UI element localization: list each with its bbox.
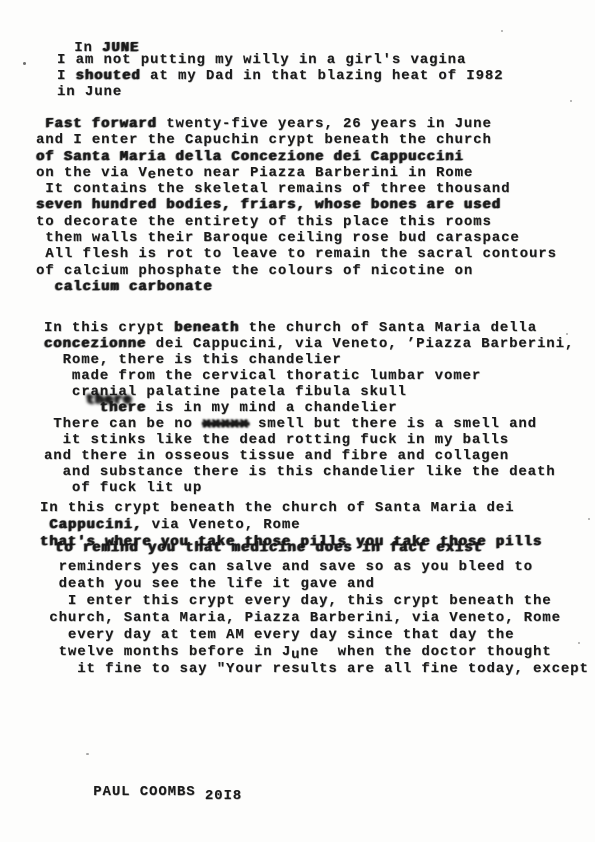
poem-line: I shouted at my Dad in that blazing heat… xyxy=(57,68,504,84)
text-run: In this crypt xyxy=(44,320,174,336)
text-run: dei Cappucini, via Veneto, ’Piazza Barbe… xyxy=(146,336,574,352)
overstruck-word: there xyxy=(100,400,147,416)
poem-line: Rome, there is this chandelier xyxy=(44,352,574,368)
poem-line: in June xyxy=(57,84,504,100)
poem-line: There can be no xxxxx smell but there is… xyxy=(44,416,574,432)
poem-line: calcium carbonate xyxy=(36,279,557,295)
paper-speck xyxy=(501,30,503,32)
paper-speck xyxy=(566,333,568,335)
paper-speck xyxy=(588,518,590,520)
stanza-2: Fast forward twenty-five years, 26 years… xyxy=(36,116,557,295)
text-run xyxy=(40,517,49,533)
paper-speck xyxy=(570,100,572,102)
text-run: I enter this crypt every day, this crypt… xyxy=(40,593,552,609)
poem-line: it stinks like the dead rotting fuck in … xyxy=(44,432,574,448)
poem-line: on the via Veneto near Piazza Barberini … xyxy=(36,165,557,181)
text-run: It contains the skeletal remains of thre… xyxy=(36,181,510,197)
poem-line: made from the cervical thoratic lumbar v… xyxy=(44,368,574,384)
poem-line: I enter this crypt every day, this crypt… xyxy=(40,593,589,610)
paper-speck xyxy=(23,62,26,65)
text-run: of fuck lit up xyxy=(44,480,202,496)
text-run: All flesh is rot to leave to remain the … xyxy=(36,246,557,262)
text-run: In this crypt beneath the church of Sant… xyxy=(40,500,514,516)
text-run: reminders yes can salve and save so as y… xyxy=(40,559,533,575)
stanza-1: I am not putting my willy in a girl's va… xyxy=(57,52,504,100)
poem-line: reminders yes can salve and save so as y… xyxy=(40,559,589,576)
poem-line: of Santa Maria della Concezione dei Capp… xyxy=(36,149,557,165)
text-run: death you see the life it gave and xyxy=(40,576,375,592)
overstruck-word: Cappucini, xyxy=(49,517,142,533)
text-run: smell but there is a smell and xyxy=(249,416,537,432)
overstruck-word: concezionne xyxy=(44,336,146,352)
paper-speck xyxy=(86,753,89,755)
poem-line: concezionne dei Cappucini, via Veneto, ’… xyxy=(44,336,574,352)
poem-line: twelve months before in June when the do… xyxy=(40,644,589,661)
poem-line: seven hundred bodies, friars, whose bone… xyxy=(36,197,557,213)
text-run: I am not putting my willy in a girl's va… xyxy=(57,52,466,68)
text-run: twelve months before in J xyxy=(40,644,291,660)
text-run: ne when the doctor thought xyxy=(300,644,551,660)
text-run: twenty-five years, 26 years in June xyxy=(157,116,492,132)
struck-out-word: xxxxx xyxy=(202,416,249,432)
text-run: I xyxy=(57,68,76,84)
text-run: of calcium phosphate the colours of nico… xyxy=(36,263,473,279)
text-run: via Veneto, Rome xyxy=(142,517,300,533)
text-run: Rome, there is this chandelier xyxy=(44,352,342,368)
text-run: calcium carbonate xyxy=(36,279,213,295)
overtyped-line: to remind you that medicine does in fact… xyxy=(55,540,483,557)
overstruck-word: beneath xyxy=(174,320,239,336)
text-run: in June xyxy=(57,84,122,100)
poem-line: of calcium phosphate the colours of nico… xyxy=(36,263,557,279)
text-run: There can be no xyxy=(44,416,202,432)
paper-speck xyxy=(578,642,580,644)
overstruck-word: shouted xyxy=(76,68,141,84)
text-run: neto near Piazza Barberini in Rome xyxy=(157,165,473,181)
text-run: and there in osseous tissue and fibre an… xyxy=(44,448,509,464)
poem-line: Fast forward twenty-five years, 26 years… xyxy=(36,116,557,132)
poem-line: All flesh is rot to leave to remain the … xyxy=(36,246,557,262)
text-run: is in my mind a chandelier xyxy=(146,400,397,416)
text-run: on the via V xyxy=(36,165,148,181)
poem-line: every day at tem AM every day since that… xyxy=(40,627,589,644)
poem-line: In this crypt beneath the church of Sant… xyxy=(40,500,589,517)
author-year: 20I8 xyxy=(205,788,242,804)
stanza-3: In this crypt beneath the church of Sant… xyxy=(44,320,574,496)
text-run: it fine to say "Your results are all fin… xyxy=(40,661,589,677)
text-run: them walls their Baroque ceiling rose bu… xyxy=(36,230,520,246)
text-run: church, Santa Maria, Piazza Barberini, v… xyxy=(40,610,561,626)
poem-line: and I enter the Capuchin crypt beneath t… xyxy=(36,132,557,148)
text-run: to decorate the entirety of this place t… xyxy=(36,214,492,230)
stanza-4: In this crypt beneath the church of Sant… xyxy=(40,500,589,678)
text-run: seven hundred bodies, friars, whose bone… xyxy=(36,197,501,213)
poem-line: church, Santa Maria, Piazza Barberini, v… xyxy=(40,610,589,627)
author-credit: PAUL COOMBS 20I8 xyxy=(56,768,242,816)
poem-line: it fine to say "Your results are all fin… xyxy=(40,661,589,678)
poem-line: there there is in my mind a chandelier xyxy=(44,400,574,416)
text-run: every day at tem AM every day since that… xyxy=(40,627,514,643)
text-run: made from the cervical thoratic lumbar v… xyxy=(44,368,481,384)
poem-line: them walls their Baroque ceiling rose bu… xyxy=(36,230,557,246)
poem-line: Cappucini, via Veneto, Rome xyxy=(40,517,589,534)
poem-line: of fuck lit up xyxy=(44,480,574,496)
typewritten-page: In JUNE I am not putting my willy in a g… xyxy=(0,0,595,842)
poem-line-overlapping: that's where you take those pills you ta… xyxy=(40,534,589,551)
poem-line: and substance there is this chandelier l… xyxy=(44,464,574,480)
text-run: at my Dad in that blazing heat of I982 xyxy=(141,68,504,84)
text-run: the church of Santa Maria della xyxy=(239,320,537,336)
poem-line: I am not putting my willy in a girl's va… xyxy=(57,52,504,68)
poem-line: In this crypt beneath the church of Sant… xyxy=(44,320,574,336)
text-run: and substance there is this chandelier l… xyxy=(44,464,556,480)
poem-line: It contains the skeletal remains of thre… xyxy=(36,181,557,197)
text-run: and I enter the Capuchin crypt beneath t… xyxy=(36,132,492,148)
poem-line: and there in osseous tissue and fibre an… xyxy=(44,448,574,464)
text-run: of Santa Maria della Concezione dei Capp… xyxy=(36,149,464,165)
text-run: it stinks like the dead rotting fuck in … xyxy=(44,432,509,448)
author-name: PAUL COOMBS xyxy=(93,784,205,800)
overstruck-word: Fast forward xyxy=(36,116,157,132)
poem-line: death you see the life it gave and xyxy=(40,576,589,593)
poem-line: to decorate the entirety of this place t… xyxy=(36,214,557,230)
